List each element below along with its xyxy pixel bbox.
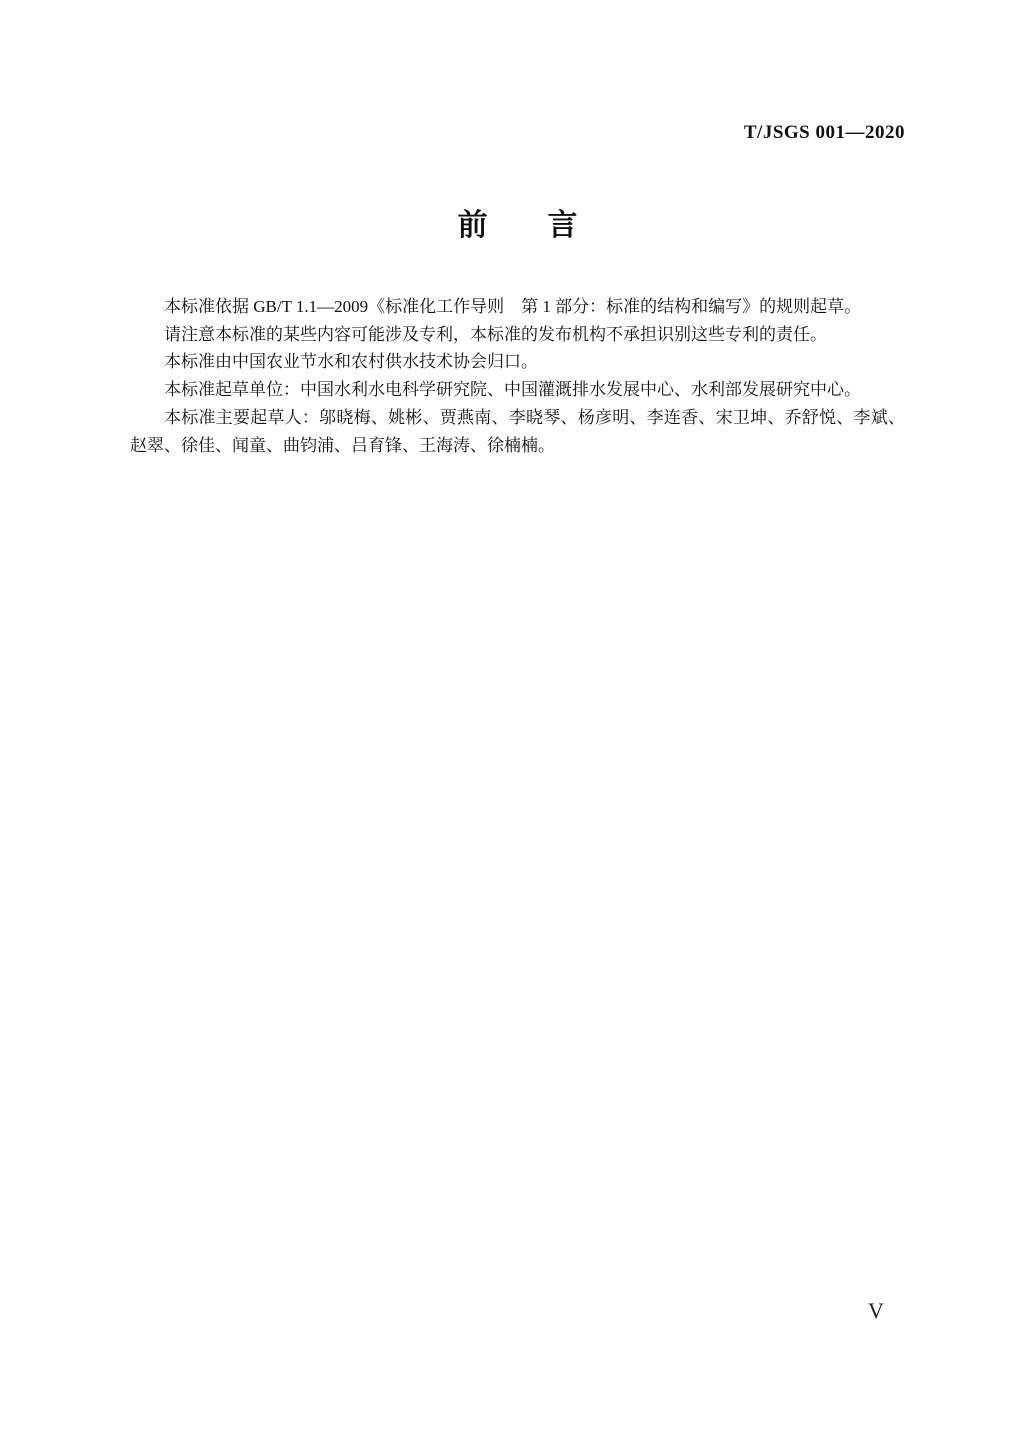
standard-number: T/JSGS 001—2020 (0, 122, 905, 144)
paragraph-drafting-rules: 本标准依据 GB/T 1.1—2009《标准化工作导则 第 1 部分：标准的结构… (130, 293, 905, 321)
foreword-body: 本标准依据 GB/T 1.1—2009《标准化工作导则 第 1 部分：标准的结构… (130, 293, 905, 459)
paragraph-drafting-organizations: 本标准起草单位：中国水利水电科学研究院、中国灌溉排水发展中心、水利部发展研究中心… (130, 376, 905, 404)
paragraph-centralized-by: 本标准由中国农业节水和农村供水技术协会归口。 (130, 348, 905, 376)
paragraph-patent-notice: 请注意本标准的某些内容可能涉及专利，本标准的发布机构不承担识别这些专利的责任。 (130, 321, 905, 349)
page-number: V (868, 1296, 884, 1326)
paragraph-main-drafters: 本标准主要起草人：邬晓梅、姚彬、贾燕南、李晓琴、杨彦明、李连香、宋卫坤、乔舒悦、… (130, 404, 905, 459)
document-page: T/JSGS 001—2020 前 言 本标准依据 GB/T 1.1—2009《… (0, 0, 1020, 1431)
page-title: 前 言 (130, 207, 905, 245)
